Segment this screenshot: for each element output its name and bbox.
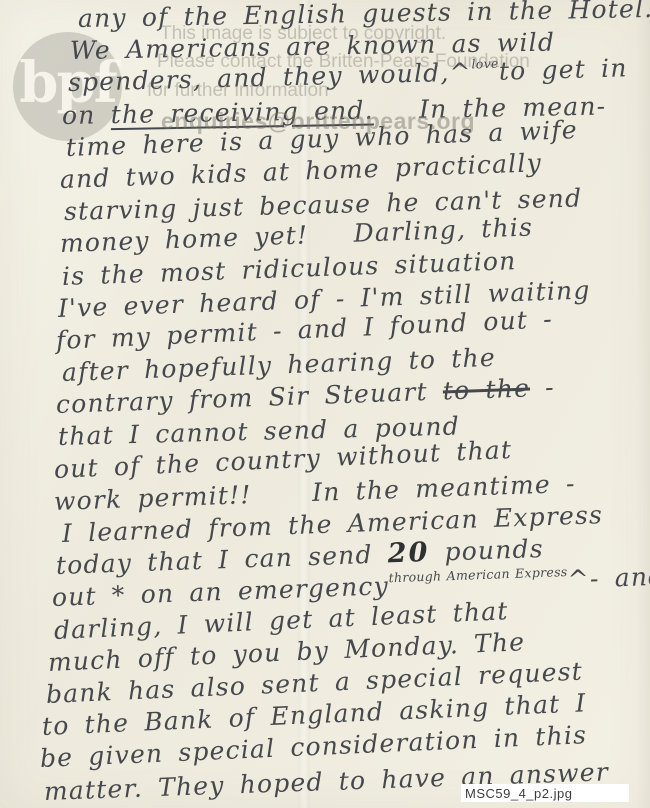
letter-segment: to get in [498, 54, 627, 86]
filename-text: MSC59_4_p2.jpg [461, 786, 572, 801]
letter-scan-page: bpf any of the English guests in the Hot… [0, 0, 650, 808]
letter-segment-strike: to the [442, 374, 530, 406]
letter-segment: - [529, 373, 555, 403]
letter-segment-sup: love [471, 56, 499, 72]
letter-segment: pounds [429, 534, 544, 567]
letter-body: any of the English guests in the Hotel.W… [0, 3, 650, 808]
filename-label: MSC59_4_p2.jpg [461, 784, 629, 802]
letter-segment: on [62, 100, 111, 130]
letter-segment-bold: 20 [387, 537, 430, 569]
